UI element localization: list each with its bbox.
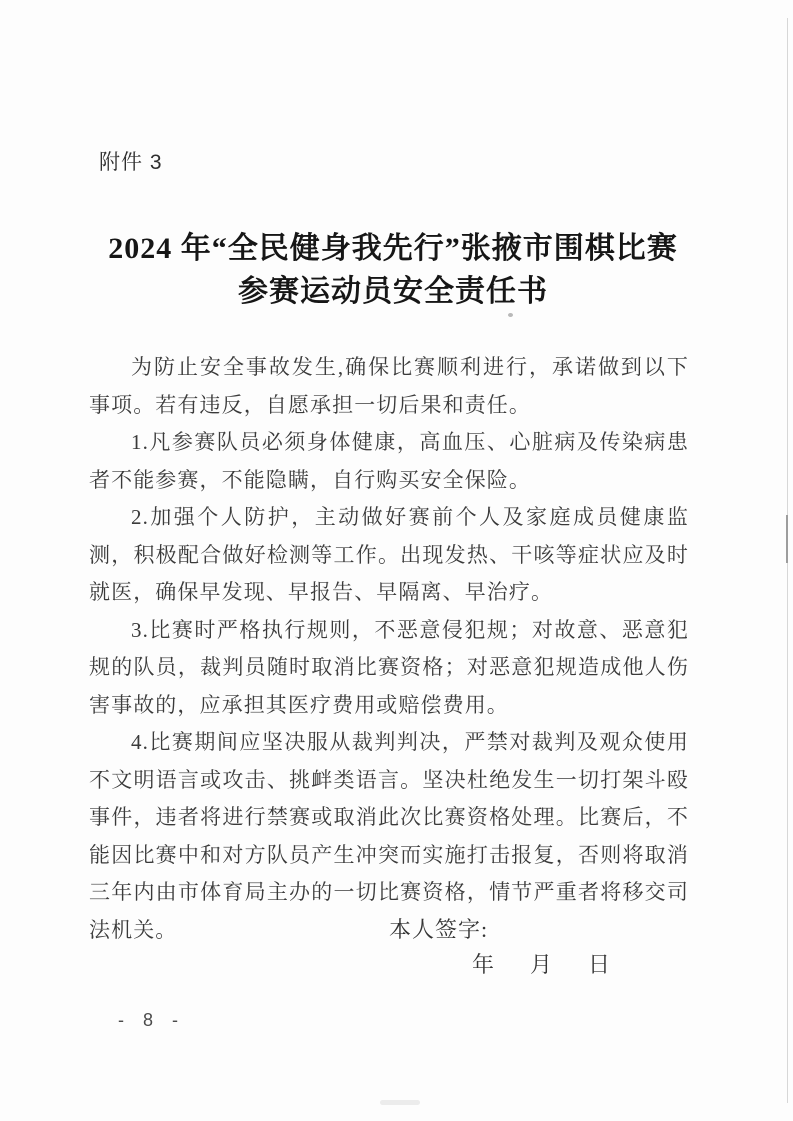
title-line-2: 参赛运动员安全责任书	[88, 270, 698, 313]
title-line-1: 2024 年“全民健身我先行”张掖市围棋比赛	[88, 227, 698, 270]
date-line: 年 月 日	[472, 948, 610, 979]
date-day-label: 日	[588, 948, 610, 979]
document-title: 2024 年“全民健身我先行”张掖市围棋比赛 参赛运动员安全责任书	[88, 227, 698, 313]
date-month-label: 月	[530, 948, 552, 979]
signature-label: 本人签字:	[389, 913, 488, 944]
rule-paragraph-1: 1.凡参赛队员必须身体健康，高血压、心脏病及传染病患者不能参赛，不能隐瞒，自行购…	[89, 424, 689, 499]
attachment-label: 附件 3	[99, 146, 163, 176]
scan-speck	[508, 313, 513, 317]
page-number: - 8 -	[118, 1010, 185, 1031]
scan-smudge	[380, 1100, 420, 1105]
rule-paragraph-2: 2.加强个人防护，主动做好赛前个人及家庭成员健康监测，积极配合做好检测等工作。出…	[89, 499, 689, 612]
scan-edge-dark-segment	[786, 515, 788, 563]
document-body: 为防止安全事故发生,确保比赛顺利进行，承诺做到以下事项。若有违反，自愿承担一切后…	[89, 349, 689, 949]
rule-paragraph-3: 3.比赛时严格执行规则，不恶意侵犯规；对故意、恶意犯规的队员，裁判员随时取消比赛…	[89, 612, 689, 725]
intro-paragraph: 为防止安全事故发生,确保比赛顺利进行，承诺做到以下事项。若有违反，自愿承担一切后…	[89, 349, 689, 424]
scanned-document-page: 附件 3 2024 年“全民健身我先行”张掖市围棋比赛 参赛运动员安全责任书 为…	[0, 0, 793, 1121]
date-year-label: 年	[472, 948, 494, 979]
